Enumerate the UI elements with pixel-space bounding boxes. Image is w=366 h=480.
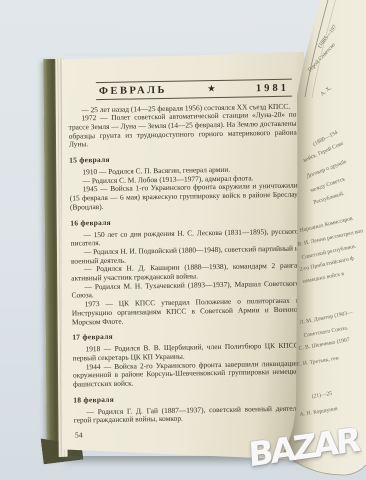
star-icon: ★ xyxy=(208,84,215,93)
month-title: ФЕВРАЛЬ xyxy=(99,84,167,96)
calendar-entry: 1973 — ЦК КПСС утвердил Положение о поли… xyxy=(72,297,300,327)
date-heading-15feb: 15 февраля xyxy=(69,152,297,165)
calendar-entry: 1945 — Войска 1-го Украинского фронта ок… xyxy=(70,182,298,212)
photo-background: ФЕВРАЛЬ ★ 1981 — 25 лет назад (14—25 фев… xyxy=(0,0,366,480)
calendar-entry: 1944 — Войска 2-го Украинского фронта за… xyxy=(73,359,301,389)
right-page-curled: (1885—197 Герой Советско А. Х. (1880—194… xyxy=(268,0,366,480)
calendar-header: ФЕВРАЛЬ ★ 1981 xyxy=(96,79,292,100)
date-heading-17feb: 17 февраля xyxy=(72,329,300,342)
intro-entry: 1972 — Полет советской автоматической ст… xyxy=(68,111,297,150)
date-heading-16feb: 16 февраля xyxy=(70,214,298,227)
